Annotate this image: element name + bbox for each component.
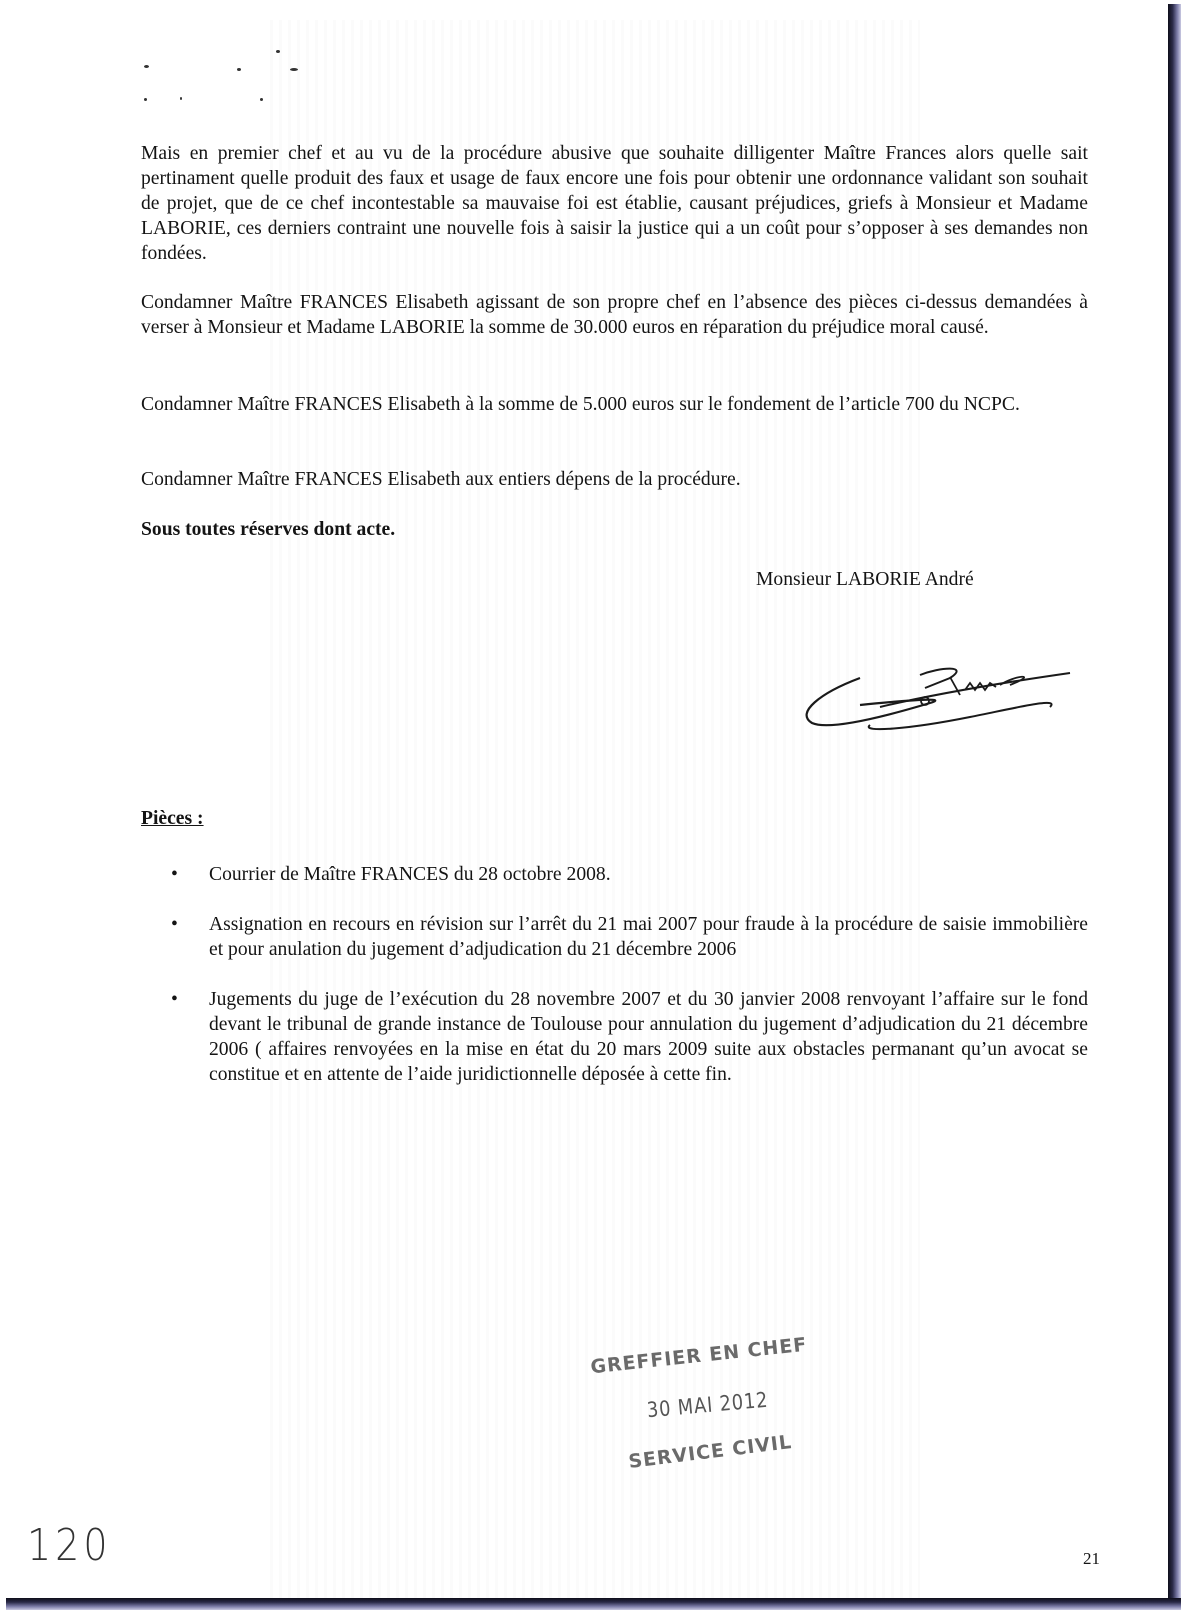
pieces-heading: Pièces :	[141, 806, 204, 831]
paragraph-text: Mais en premier chef et au vu de la proc…	[141, 141, 1088, 266]
page-number: 21	[1083, 1549, 1100, 1569]
bullet-icon: •	[171, 987, 178, 1012]
list-item: • Assignation en recours en révision sur…	[141, 912, 1088, 962]
paragraph-condamnation-prejudice: Condamner Maître FRANCES Elisabeth agiss…	[141, 290, 1088, 340]
closing-formula: Sous toutes réserves dont acte.	[141, 517, 1088, 542]
stamp-date: 30 MAI 2012	[646, 1388, 769, 1423]
list-item: • Jugements du juge de l’exécution du 28…	[141, 987, 1088, 1087]
signer-name: Monsieur LABORIE André	[756, 567, 974, 592]
paragraph-text: Condamner Maître FRANCES Elisabeth aux e…	[141, 467, 1088, 492]
stamp-service: SERVICE CIVIL	[627, 1431, 793, 1473]
stamp-greffier: GREFFIER EN CHEF	[589, 1334, 808, 1379]
paragraph-condamnation-article-700: Condamner Maître FRANCES Elisabeth à la …	[141, 392, 1088, 417]
handwritten-page-number: 120	[27, 1520, 112, 1571]
scan-specks	[80, 20, 340, 110]
paragraph-text: Condamner Maître FRANCES Elisabeth à la …	[141, 392, 1088, 417]
document-page: Mais en premier chef et au vu de la proc…	[0, 0, 1170, 1600]
bullet-icon: •	[171, 912, 178, 937]
list-item: • Courrier de Maître FRANCES du 28 octob…	[141, 862, 1088, 887]
page-shadow-bottom	[6, 1598, 1181, 1610]
list-item-text: Assignation en recours en révision sur l…	[209, 914, 1088, 960]
bullet-icon: •	[171, 862, 178, 887]
pieces-list: • Courrier de Maître FRANCES du 28 octob…	[141, 862, 1088, 1087]
paragraph-condamnation-depens: Condamner Maître FRANCES Elisabeth aux e…	[141, 467, 1088, 492]
list-item-text: Jugements du juge de l’exécution du 28 n…	[209, 989, 1088, 1085]
signature	[800, 645, 1100, 740]
paragraph-text: Condamner Maître FRANCES Elisabeth agiss…	[141, 290, 1088, 340]
page-shadow-right	[1168, 4, 1181, 1610]
paragraph-procedure-abusive: Mais en premier chef et au vu de la proc…	[141, 141, 1088, 266]
list-item-text: Courrier de Maître FRANCES du 28 octobre…	[209, 864, 611, 885]
